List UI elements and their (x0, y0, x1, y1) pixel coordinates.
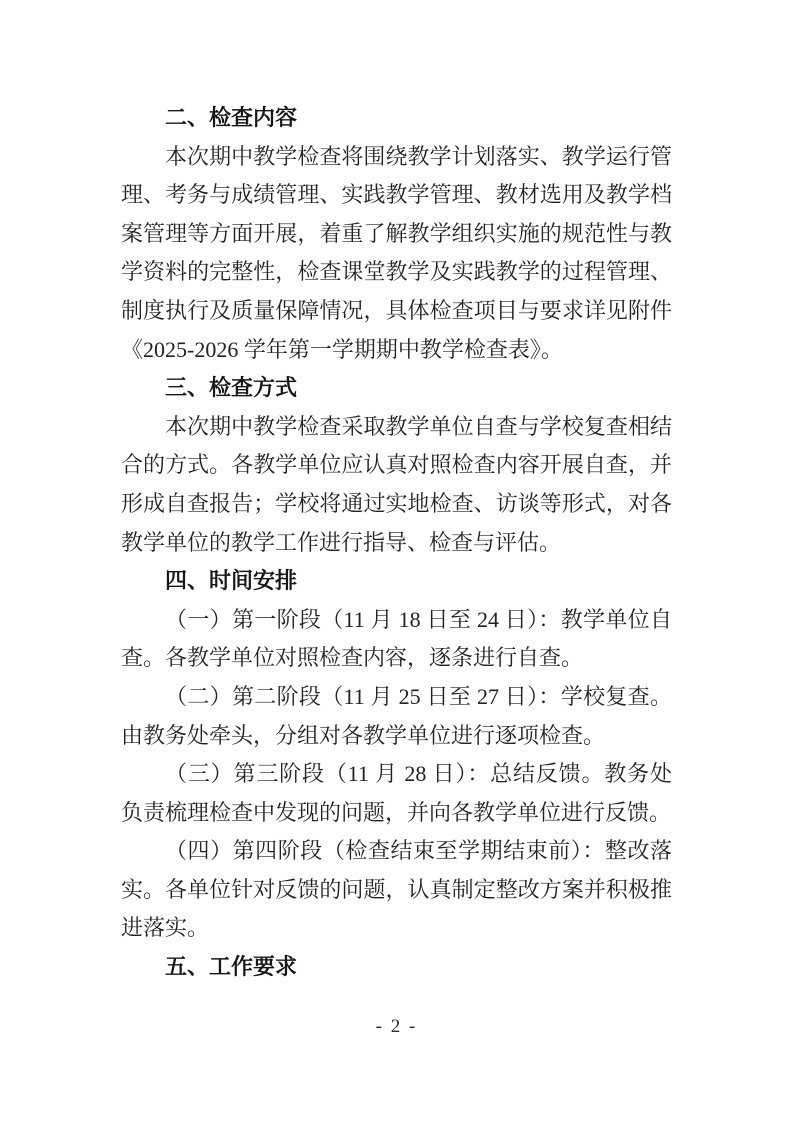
paragraph-stage-4: （四）第四阶段（检查结束至学期结束前）：整改落实。各单位针对反馈的问题，认真制定… (121, 832, 672, 948)
section-heading-inspection-content: 二、检查内容 (121, 99, 672, 138)
page-footer: - 2 - (0, 1016, 793, 1038)
section-heading-time-schedule: 四、时间安排 (121, 562, 672, 601)
section-heading-inspection-method: 三、检查方式 (121, 369, 672, 408)
document-body: 二、检查内容 本次期中教学检查将围绕教学计划落实、教学运行管理、考务与成绩管理、… (121, 99, 672, 987)
paragraph-stage-2: （二）第二阶段（11 月 25 日至 27 日）：学校复查。由教务处牵头，分组对… (121, 678, 672, 755)
section-heading-work-requirements: 五、工作要求 (121, 948, 672, 987)
paragraph-inspection-content: 本次期中教学检查将围绕教学计划落实、教学运行管理、考务与成绩管理、实践教学管理、… (121, 138, 672, 370)
paragraph-inspection-method: 本次期中教学检查采取教学单位自查与学校复查相结合的方式。各教学单位应认真对照检查… (121, 408, 672, 562)
paragraph-stage-1: （一）第一阶段（11 月 18 日至 24 日）：教学单位自查。各教学单位对照检… (121, 601, 672, 678)
paragraph-stage-3: （三）第三阶段（11 月 28 日）：总结反馈。教务处负责梳理检查中发现的问题，… (121, 755, 672, 832)
page-number: - 2 - (376, 1016, 418, 1037)
document-page: 二、检查内容 本次期中教学检查将围绕教学计划落实、教学运行管理、考务与成绩管理、… (0, 0, 793, 1122)
